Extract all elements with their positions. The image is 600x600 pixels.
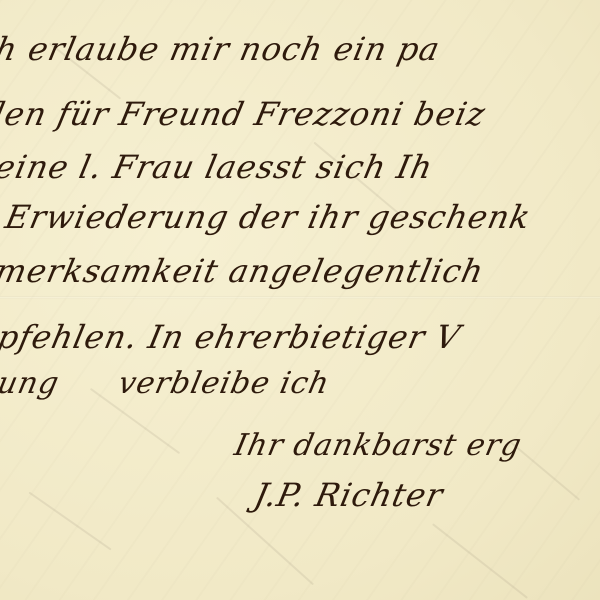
- bleed-through-stroke: [510, 441, 580, 500]
- letter-line-3: eine l. Frau laesst sich Ih: [0, 148, 437, 186]
- letter-line-4: Erwiederung der ihr geschenk: [2, 198, 534, 236]
- letter-line-5: merksamkeit angelegentlich: [0, 252, 488, 290]
- letter-line-2: len für Freund Frezzoni beiz: [0, 95, 489, 133]
- bleed-through-stroke: [28, 492, 111, 551]
- bleed-through-stroke: [432, 523, 528, 598]
- letter-line-1: h erlaube mir noch ein pa: [0, 30, 444, 68]
- letter-signature: J.P. Richter: [251, 476, 447, 514]
- letter-line-7: ungverbleibe ich: [0, 366, 333, 401]
- letter-paper: h erlaube mir noch ein pa len für Freund…: [0, 0, 600, 600]
- letter-line-6: pfehlen. In ehrerbietiger V: [0, 318, 464, 356]
- letter-line-7-end: verbleibe ich: [115, 366, 333, 401]
- letter-closing: Ihr dankbarst erg: [231, 428, 525, 463]
- letter-line-7-start: ung: [0, 366, 63, 401]
- paper-fold-line: [0, 296, 600, 299]
